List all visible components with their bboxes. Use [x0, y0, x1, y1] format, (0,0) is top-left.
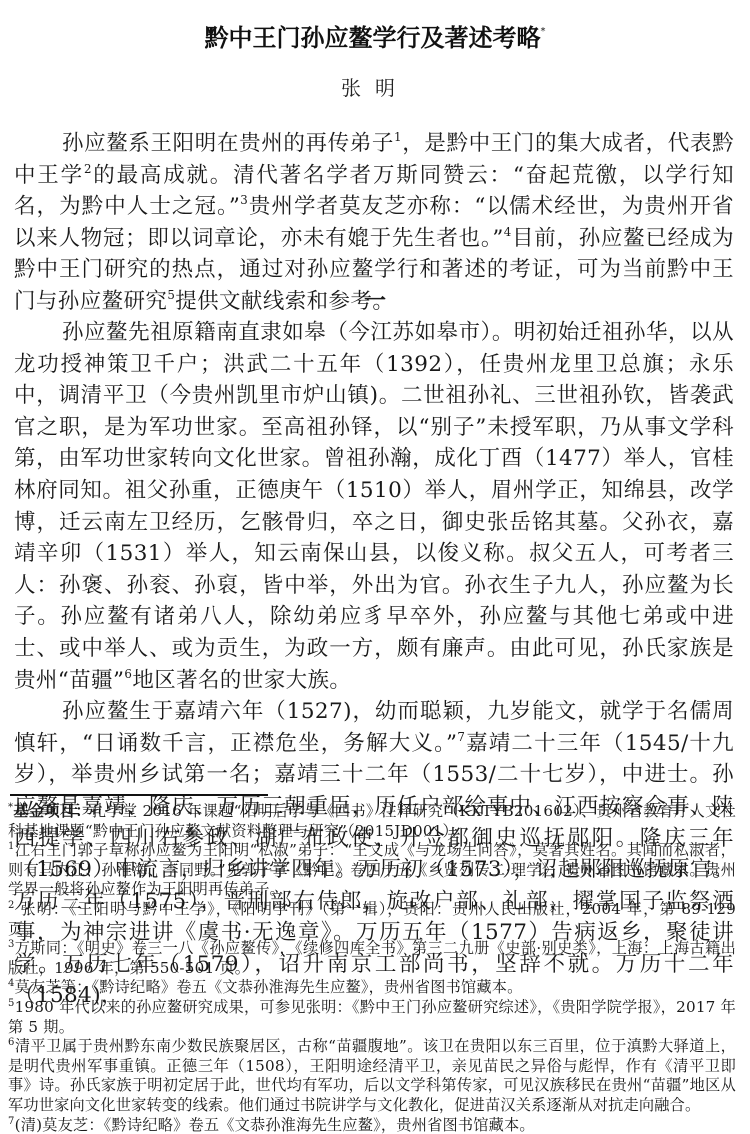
footnote-label: 基金项目： — [13, 802, 91, 820]
footnote-ref: 2 — [84, 162, 92, 176]
footnote-item: 6清平卫属于贵州黔东南少数民族聚居区，古称“苗疆腹地”。该卫在贵阳以东三百里，位… — [8, 1037, 736, 1115]
footnote-item: *基金项目：孔学堂 2016 年课题“阳明后学与《四书》注释研究”（KXTYB2… — [8, 802, 736, 841]
footnote-text: (清)莫友芝：《黔诗纪略》卷五《文恭孙淮海先生应鳌》，贵州省图书馆藏本。 — [15, 1116, 535, 1134]
section-heading: 一 — [0, 284, 750, 315]
footnote-text: 莫友芝等：《黔诗纪略》卷五《文恭孙淮海先生应鳌》，贵州省图书馆藏本。 — [15, 978, 523, 996]
paper-page: 黔中王门孙应鳌学行及著述考略* 张明 孙应鳌系王阳明在贵州的再传弟子1，是黔中王… — [0, 0, 750, 1134]
footnote-item: 4莫友芝等：《黔诗纪略》卷五《文恭孙淮海先生应鳌》，贵州省图书馆藏本。 — [8, 978, 736, 998]
author-name: 张明 — [0, 72, 750, 101]
footnote-divider — [10, 794, 268, 796]
footnote-text: 万斯同：《明史》卷三一八《孙应鳌传》，《续修四库全书》第三二九册《史部·别史类》… — [8, 939, 736, 977]
footnote-item: 51980 年代以来的孙应鳌研究成果，可参见张明：《黔中王门孙应鳌研究综述》，《… — [8, 998, 736, 1037]
footnotes: *基金项目：孔学堂 2016 年课题“阳明后学与《四书》注释研究”（KXTYB2… — [8, 802, 736, 1134]
footnote-text: 清平卫属于贵州黔东南少数民族聚居区，古称“苗疆腹地”。该卫在贵阳以东三百里，位于… — [8, 1037, 736, 1114]
footnote-ref: 3 — [240, 193, 248, 207]
footnote-item: 7(清)莫友芝：《黔诗纪略》卷五《文恭孙淮海先生应鳌》，贵州省图书馆藏本。 — [8, 1116, 736, 1134]
footnote-text: 1980 年代以来的孙应鳌研究成果，可参见张明：《黔中王门孙应鳌研究综述》，《贵… — [8, 998, 736, 1036]
title-text: 黔中王门孙应鳌学行及著述考略 — [205, 24, 541, 52]
footnote-item: 2 张明：《王阳明与黔中王学》，《阳明学刊》（第一辑），贵阳：贵州人民出版社，2… — [8, 900, 736, 939]
title-footnote-mark: * — [541, 26, 546, 37]
body-paragraph: 孙应鳌先祖原籍南直隶如皋（今江苏如皋市）。明初始迁祖孙华，以从龙功授神策卫千户；… — [14, 317, 734, 696]
footnote-ref: 6 — [124, 667, 132, 681]
page-title: 黔中王门孙应鳌学行及著述考略* — [0, 18, 750, 53]
footnote-text: 张明：《王阳明与黔中王学》，《阳明学刊》（第一辑），贵阳：贵州人民出版社，200… — [8, 900, 736, 938]
footnote-ref: 1 — [394, 130, 402, 144]
footnote-text: 江右王门郭子章称孙应鳌为王阳明“私淑”弟子：“王文成《与龙场生问答》，莫著其姓名… — [8, 841, 736, 898]
footnote-ref: 7 — [457, 730, 465, 744]
footnote-ref: 4 — [504, 225, 512, 239]
footnote-item: 3万斯同：《明史》卷三一八《孙应鳌传》，《续修四库全书》第三二九册《史部·别史类… — [8, 939, 736, 978]
footnote-item: 1江右王门郭子章称孙应鳌为王阳明“私淑”弟子：“王文成《与龙场生问答》，莫著其姓… — [8, 841, 736, 900]
footnote-text: 孔学堂 2016 年课题“阳明后学与《四书》注释研究”（KXTYB201602）… — [8, 802, 736, 840]
